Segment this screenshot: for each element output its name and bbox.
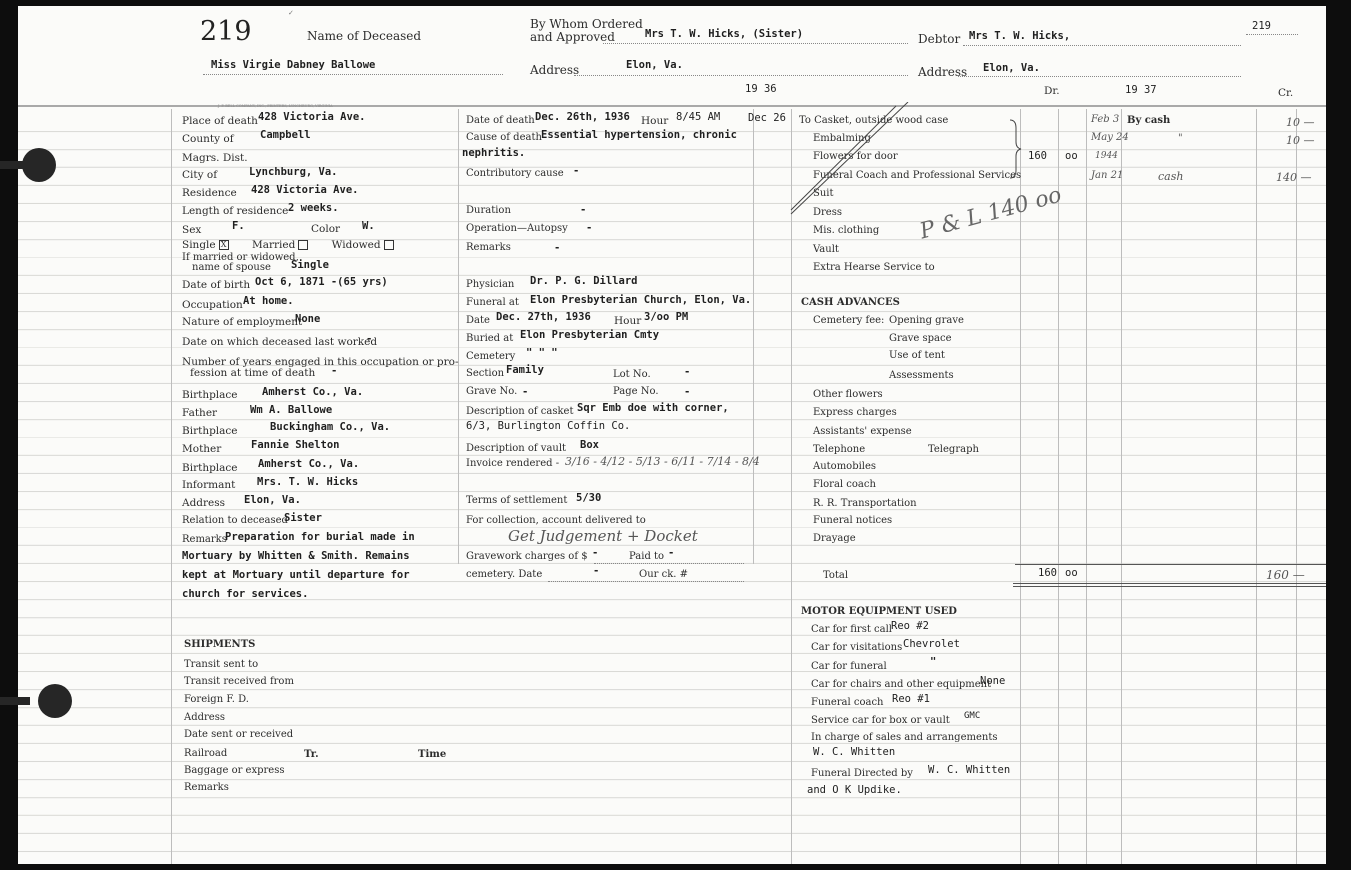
informant-address-value: Elon, Va.	[244, 494, 301, 506]
section-label: Section	[466, 368, 504, 379]
cemetery-label: Cemetery	[466, 351, 515, 362]
credit-date: Jan 21	[1091, 170, 1123, 181]
contributory-cause-label: Contributory cause	[466, 168, 564, 179]
cash-advance-item: Express charges	[813, 407, 897, 418]
our-check-label: Our ck. #	[639, 569, 688, 580]
directed-by-value: W. C. Whitten	[928, 764, 1010, 776]
contributory-cause-value: -	[573, 165, 579, 177]
cemetery-fee-item: Opening grave	[889, 315, 964, 326]
ordered-label-1: By Whom Ordered	[530, 17, 643, 31]
directed-by-label: Funeral Directed by	[811, 768, 913, 779]
funeral-at-value: Elon Presbyterian Church, Elon, Va.	[530, 294, 751, 306]
first-call-value: Reo #2	[891, 620, 929, 632]
cemetery-fee-label: Cemetery fee:	[813, 315, 884, 326]
physician-value: Dr. P. G. Dillard	[530, 275, 637, 287]
name-of-deceased-label: Name of Deceased	[307, 29, 421, 43]
cemetery-fee-item: Assessments	[889, 370, 954, 381]
father-birthplace-label: Birthplace	[182, 425, 238, 437]
shipment-field: Date sent or received	[184, 729, 293, 740]
column-rule	[791, 109, 792, 864]
date-of-death-label: Date of death	[466, 115, 535, 126]
physician-label: Physician	[466, 279, 514, 290]
credit-desc: By cash	[1127, 115, 1170, 126]
record-number: 219	[200, 16, 252, 47]
debit-column-label: Dr.	[1044, 85, 1060, 97]
telegraph-label: Telegraph	[928, 444, 979, 455]
funeral-date-label: Date	[466, 315, 490, 326]
married-checkbox[interactable]	[298, 240, 308, 250]
credit-desc: cash	[1158, 170, 1183, 183]
cash-advance-item: Other flowers	[813, 389, 883, 400]
service-car-value: GMC	[964, 711, 980, 721]
color-value: W.	[362, 220, 375, 232]
cemetery-fee-item: Use of tent	[889, 350, 945, 361]
single-label: Single	[182, 239, 216, 251]
column-rule	[1296, 109, 1297, 864]
debtor-address-underline	[958, 76, 1241, 77]
birthplace-value: Amherst Co., Va.	[262, 386, 363, 398]
remarks-line-4: church for services.	[182, 588, 308, 600]
shipment-field: Address	[184, 712, 225, 723]
grave-value: -	[522, 386, 528, 398]
remarks-line-3: kept at Mortuary until departure for	[182, 569, 410, 581]
binder-hole-bottom	[38, 684, 72, 718]
father-label: Father	[182, 407, 217, 419]
residence-label: Residence	[182, 187, 237, 199]
cash-advance-item: Drayage	[813, 533, 856, 544]
married-label: Married	[252, 239, 295, 251]
funeral-coach-label: Funeral coach	[811, 697, 883, 708]
left-margin-rule	[171, 109, 172, 864]
vault-label: Description of vault	[466, 443, 566, 454]
city-label: City of	[182, 169, 217, 181]
funeral-hour-label: Hour	[614, 315, 641, 327]
lot-value: -	[684, 366, 690, 378]
address-underline	[574, 75, 908, 76]
column-rule	[1256, 109, 1257, 864]
ordered-label-2: and Approved	[530, 30, 615, 44]
year-right: 19 37	[1125, 84, 1157, 96]
shipment-field: Baggage or express	[184, 765, 284, 776]
funeral-record-card: 219 Name of Deceased Miss Virgie Dabney …	[18, 6, 1326, 864]
color-label: Color	[311, 223, 340, 235]
address-value: Elon, Va.	[626, 59, 683, 71]
casket-label: Description of casket	[466, 406, 574, 417]
date-of-death-value: Dec. 26th, 1936	[535, 111, 630, 123]
record-number-underline	[1246, 34, 1298, 35]
marital-status-row: SingleX Married Widowed	[182, 239, 394, 251]
total-label: Total	[823, 570, 848, 581]
cause-of-death-value-2: nephritis.	[462, 147, 525, 159]
death-hour-label: Hour	[641, 115, 668, 127]
last-worked-label: Date on which deceased last worked	[182, 336, 377, 348]
sex-value: F.	[232, 220, 245, 232]
lot-label: Lot No.	[613, 369, 651, 380]
occupation-value: At home.	[243, 295, 294, 307]
date-of-birth-label: Date of birth	[182, 279, 250, 291]
cemetery-date-label: cemetery. Date	[466, 569, 542, 580]
shipment-field: Railroad	[184, 748, 227, 759]
cemetery-fee-item: Grave space	[889, 333, 952, 344]
deceased-name: Miss Virgie Dabney Ballowe	[211, 59, 375, 71]
county-value: Campbell	[260, 129, 311, 141]
name-underline	[203, 74, 503, 75]
cash-advances-title: CASH ADVANCES	[801, 297, 900, 308]
place-of-death-value: 428 Victoria Ave.	[258, 111, 365, 123]
grave-label: Grave No.	[466, 386, 517, 397]
column-rule	[1058, 109, 1059, 864]
motor-equipment-title: MOTOR EQUIPMENT USED	[801, 606, 957, 617]
spouse-value: Single	[291, 259, 329, 271]
remarks-line-1: Preparation for burial made in	[225, 531, 415, 543]
total-rule-top	[1015, 564, 1326, 565]
service-car-label: Service car for box or vault	[811, 715, 950, 726]
cemetery-date-value: -	[593, 565, 599, 577]
length-of-residence-label: Length of residence	[182, 205, 288, 217]
total-rule-bottom-2	[1013, 586, 1326, 587]
cemetery-date-underline	[548, 581, 744, 582]
years-engaged-label-2: fession at time of death	[190, 367, 315, 379]
funeral-date-value: Dec. 27th, 1936	[496, 311, 591, 323]
collection-label: For collection, account delivered to	[466, 515, 646, 526]
casket-value-2: 6/3, Burlington Coffin Co.	[466, 420, 630, 432]
binder-hole-stem	[0, 697, 30, 705]
total-dollars: 160	[1038, 567, 1057, 579]
terms-value: 5/30	[576, 492, 601, 504]
ledger-item: Mis. clothing	[813, 225, 879, 236]
informant-value: Mrs. T. W. Hicks	[257, 476, 358, 488]
county-label: County of	[182, 133, 234, 145]
total-rule-bottom	[1013, 583, 1326, 584]
invoice-label: Invoice rendered -	[466, 458, 559, 469]
funeral-hour-value: 3/oo PM	[644, 311, 688, 323]
chairs-label: Car for chairs and other equipment	[811, 679, 991, 690]
shipment-field: Transit received from	[184, 676, 294, 687]
car-for-funeral-value: "	[930, 656, 936, 668]
page-value: -	[684, 386, 690, 398]
duration-label: Duration	[466, 205, 511, 216]
credit-date: May 24	[1091, 132, 1129, 143]
car-for-funeral-label: Car for funeral	[811, 661, 887, 672]
debit-cents: oo	[1065, 150, 1078, 162]
death-remarks-value: -	[554, 242, 560, 254]
credit-total: 160 —	[1266, 568, 1305, 582]
page-label: Page No.	[613, 386, 659, 397]
credit-date: Feb 3	[1091, 114, 1119, 125]
section-value: Family	[506, 364, 544, 376]
cash-advance-item: R. R. Transportation	[813, 498, 917, 509]
shipment-field: Foreign F. D.	[184, 694, 249, 705]
city-value: Lynchburg, Va.	[249, 166, 338, 178]
cash-advance-item: Telephone	[813, 444, 865, 455]
funeral-at-label: Funeral at	[466, 297, 519, 308]
single-checkbox[interactable]: X	[219, 240, 229, 250]
binder-hole-top	[22, 148, 56, 182]
first-call-label: Car for first call	[811, 624, 892, 635]
in-charge-value: W. C. Whitten	[813, 746, 895, 758]
cemetery-value: " " "	[526, 347, 558, 359]
credit-column-label: Cr.	[1278, 87, 1293, 99]
address-label: Address	[530, 63, 579, 77]
ledger-date-entry: Dec 26	[748, 112, 786, 124]
operation-autopsy-label: Operation—Autopsy	[466, 223, 568, 234]
record-number-right: 219	[1252, 20, 1271, 32]
father-birthplace-value: Buckingham Co., Va.	[270, 421, 390, 433]
chairs-value: None	[980, 675, 1005, 687]
cash-advance-item: Assistants' expense	[813, 426, 912, 437]
tr-label: Tr.	[304, 749, 319, 760]
cash-advance-item: Funeral notices	[813, 515, 892, 526]
shipment-field: Transit sent to	[184, 659, 258, 670]
mother-label: Mother	[182, 443, 221, 455]
remarks-label: Remarks	[182, 534, 227, 545]
date-of-birth-value: Oct 6, 1871 -(65 yrs)	[255, 276, 388, 288]
column-rule	[1121, 109, 1122, 864]
mother-value: Fannie Shelton	[251, 439, 340, 451]
duration-value: -	[580, 204, 586, 216]
check-mark: ✓	[288, 9, 294, 17]
shipment-field: Remarks	[184, 782, 229, 793]
in-charge-label: In charge of sales and arrangements	[811, 732, 998, 743]
visitations-label: Car for visitations	[811, 642, 902, 653]
ledger-item: Vault	[813, 244, 839, 255]
debtor-value: Mrs T. W. Hicks,	[969, 30, 1070, 42]
cash-advance-item: Floral coach	[813, 479, 876, 490]
years-engaged-value: -	[331, 365, 337, 377]
informant-address-label: Address	[182, 497, 225, 509]
debtor-address-value: Elon, Va.	[983, 62, 1040, 74]
remarks-line-2: Mortuary by Whitten & Smith. Remains	[182, 550, 410, 562]
year-left: 19 36	[745, 83, 777, 95]
debtor-label: Debtor	[918, 32, 960, 46]
shipments-title: SHIPMENTS	[184, 639, 255, 650]
buried-at-label: Buried at	[466, 333, 513, 344]
gravework-label: Gravework charges of $	[466, 551, 588, 562]
death-hour-value: 8/45 AM	[676, 111, 720, 123]
informant-label: Informant	[182, 479, 235, 491]
paid-to-value: -	[668, 547, 674, 559]
relation-label: Relation to deceased	[182, 515, 288, 526]
column-rule	[458, 109, 459, 564]
nature-of-employment-label: Nature of employment	[182, 316, 302, 328]
time-label: Time	[418, 749, 446, 760]
birthplace-label: Birthplace	[182, 389, 238, 401]
directed-by-value-2: and O K Updike.	[807, 784, 902, 796]
spouse-label-2: name of spouse	[192, 262, 271, 273]
column-rule	[1086, 109, 1087, 864]
gravework-underline	[594, 563, 744, 564]
ordered-by-value: Mrs T. W. Hicks, (Sister)	[645, 28, 803, 40]
invoice-value: 3/16 - 4/12 - 5/13 - 6/11 - 7/14 - 8/4	[565, 455, 760, 468]
father-value: Wm A. Ballowe	[250, 404, 332, 416]
debit-dollars: 160	[1028, 150, 1047, 162]
nature-of-employment-value: None	[295, 313, 320, 325]
last-worked-value: -	[366, 333, 372, 345]
death-remarks-label: Remarks	[466, 242, 511, 253]
terms-label: Terms of settlement	[466, 495, 567, 506]
credit-amount: 10 —	[1286, 134, 1315, 147]
cause-of-death-label: Cause of death	[466, 132, 542, 143]
collection-value: Get Judgement + Docket	[508, 527, 698, 545]
sex-label: Sex	[182, 224, 201, 236]
header-divider	[18, 105, 1326, 107]
credit-year: 1944	[1095, 151, 1118, 161]
printer-line: J. P. BELL COMPANY, INC., PRINTERS, LYNC…	[218, 104, 333, 108]
column-rule	[1020, 109, 1021, 864]
debtor-underline	[963, 45, 1241, 46]
widowed-checkbox[interactable]	[384, 240, 394, 250]
credit-amount: 10 —	[1286, 116, 1315, 129]
widowed-label: Widowed	[332, 239, 381, 251]
mother-birthplace-label: Birthplace	[182, 462, 238, 474]
casket-value: Sqr Emb doe with corner,	[577, 402, 729, 414]
place-of-death-label: Place of death	[182, 115, 258, 127]
ledger-item: Extra Hearse Service to	[813, 262, 935, 273]
cash-advance-item: Automobiles	[813, 461, 876, 472]
credit-amount: 140 —	[1276, 171, 1312, 184]
total-cents: oo	[1065, 567, 1078, 579]
relation-value: Sister	[284, 512, 322, 524]
residence-value: 428 Victoria Ave.	[251, 184, 358, 196]
ordered-underline	[603, 43, 908, 44]
magrs-dist-label: Magrs. Dist.	[182, 152, 248, 164]
length-of-residence-value: 2 weeks.	[288, 202, 339, 214]
vault-value: Box	[580, 439, 599, 451]
funeral-coach-value: Reo #1	[892, 693, 930, 705]
credit-desc: "	[1178, 133, 1183, 144]
cause-of-death-value: Essential hypertension, chronic	[541, 129, 737, 141]
gravework-value: -	[592, 547, 598, 559]
column-rule	[753, 109, 754, 564]
occupation-label: Occupation	[182, 299, 243, 311]
buried-at-value: Elon Presbyterian Cmty	[520, 329, 659, 341]
mother-birthplace-value: Amherst Co., Va.	[258, 458, 359, 470]
operation-autopsy-value: -	[586, 222, 592, 234]
visitations-value: Chevrolet	[903, 638, 960, 650]
paid-to-label: Paid to	[629, 551, 664, 562]
